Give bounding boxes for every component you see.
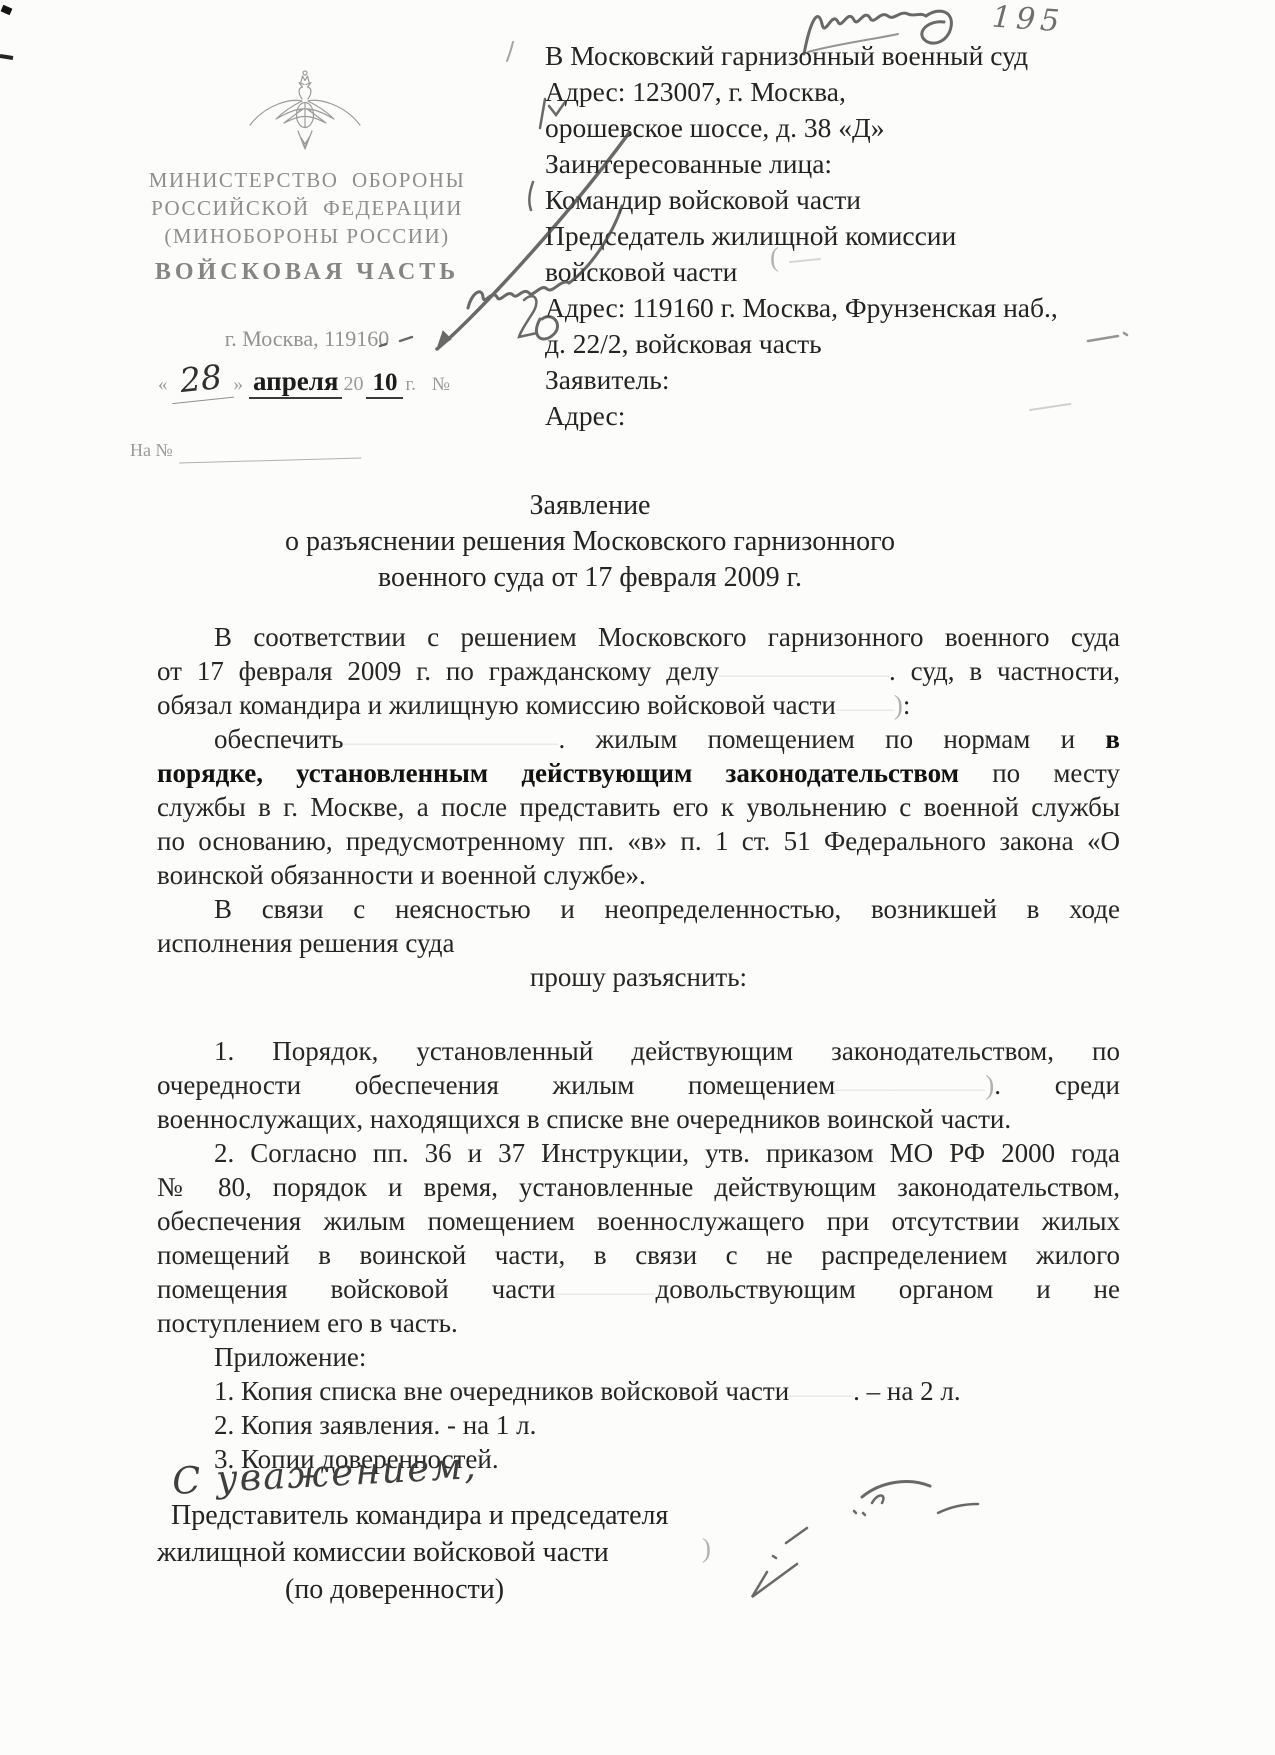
text-segment: очередности обеспечения жилым помещением [157,1070,835,1100]
text-segment: ) [894,690,903,720]
redacted-gap [343,738,558,748]
handwritten-day: 28 [167,356,233,404]
document-body: В соответствии с решением Московского га… [157,620,1120,1476]
text-segment: 1. Копия списка вне очередников войсково… [214,1376,789,1406]
addressee-line: Командир войсковой части [545,182,1145,218]
document-line: 1. Порядок, установленный действующим за… [157,1034,1120,1068]
text-segment: 2. Копия заявления. - на 1 л. [214,1410,536,1440]
text-segment: : [903,690,911,720]
addressee-block: В Московский гарнизонный военный судАдре… [545,38,1145,434]
number-sign: № [432,374,450,396]
text-segment: помещения войсковой части [157,1274,555,1304]
document-line: 1. Копия списка вне очередников войсково… [157,1374,1120,1408]
mod-eagle-emblem [246,66,364,162]
document-line: обеспечить. жилым помещением по нормам и… [157,722,1120,756]
text-segment: по основанию, предусмотренному пп. «в» п… [157,826,1120,856]
addressee-line: Адрес: [545,398,1145,434]
signature-block: Представитель командира и председателяжи… [157,1497,957,1608]
date-year-prefix: 20 [343,373,363,396]
scan-artifacts [0,8,13,58]
document-line: помещений в воинской части, в связи с не… [157,1238,1120,1272]
text-segment: . суд, в частности, [889,656,1120,686]
document-line: В соответствии с решением Московского га… [157,620,1120,654]
ministry-name-line1: МИНИСТЕРСТВО ОБОРОНЫ [140,166,474,194]
text-segment: от 17 февраля 2009 г. по гражданскому де… [157,656,719,686]
letterhead: МИНИСТЕРСТВО ОБОРОНЫ РОССИЙСКОЙ ФЕДЕРАЦИ… [140,166,474,286]
document-line: по основанию, предусмотренному пп. «в» п… [157,824,1120,858]
text-segment: поступлением его в часть. [157,1308,458,1338]
ministry-name-line2: РОССИЙСКОЙ ФЕДЕРАЦИИ [140,194,474,222]
document-line: воинской обязанности и военной службе». [157,858,1120,892]
text-segment: обеспечения жилым помещением военнослужа… [157,1206,1120,1236]
text-segment: В соответствии с решением Московского га… [214,622,1120,652]
military-unit-label: ВОЙСКОВАЯ ЧАСТЬ [140,259,474,286]
addressee-line: войсковой части [545,254,1145,290]
text-segment: в [1105,724,1120,754]
document-line: В связи с неясностью и неопределенностью… [157,892,1120,926]
close-quote: » [234,374,244,396]
open-quote: « [158,374,168,396]
title-line2: о разъяснении решения Московского гарниз… [150,524,1030,560]
text-segment: . – на 2 л. [853,1376,960,1406]
text-segment: довольствующим органом и не [655,1274,1120,1304]
ref-label: На № [130,440,173,461]
document-line: 2. Согласно пп. 36 и 37 Инструкции, утв.… [157,1136,1120,1170]
addressee-line: Адрес: 123007, г. Москва, [545,74,1145,110]
addressee-line: Председатель жилищной комиссии [545,218,1145,254]
document-line: Приложение: [157,1340,1120,1374]
document-line: № 80, порядок и время, установленные дей… [157,1170,1120,1204]
date-line: « 28 » апреля 20 10 г. № [156,366,450,401]
handwritten-page-number: 195 [991,0,1066,39]
text-segment: службы в г. Москве, а после представить … [157,792,1120,822]
text-segment: В связи с неясностью и неопределенностью… [214,894,1120,924]
redacted-gap [836,704,894,714]
text-segment: 2. Согласно пп. 36 и 37 Инструкции, утв.… [214,1138,1120,1168]
signature-line: Представитель командира и председателя [157,1497,957,1534]
text-segment: прошу разъяснить: [530,962,747,992]
signature-line: жилищной комиссии войсковой части [157,1534,957,1571]
text-segment: воинской обязанности и военной службе». [157,860,646,890]
addressee-line: д. 22/2, войсковая часть [545,326,1145,362]
text-segment: исполнения решения суда [157,928,454,958]
redacted-gap [835,1084,985,1094]
document-line: обеспечения жилым помещением военнослужа… [157,1204,1120,1238]
text-segment: по месту [959,758,1120,788]
letterhead-city: г. Москва, 119160 [140,326,474,352]
redacted-gap [719,670,889,680]
addressee-line: Заявитель: [545,362,1145,398]
document-line: от 17 февраля 2009 г. по гражданскому де… [157,654,1120,688]
text-segment: 1. Порядок, установленный действующим за… [214,1036,1120,1066]
erased-closing-mark: ) [702,1533,711,1564]
signature-line: (по доверенности) [157,1571,957,1608]
ministry-name-line3: (МИНОБОРОНЫ РОССИИ) [140,222,474,250]
document-line: 2. Копия заявления. - на 1 л. [157,1408,1120,1442]
text-segment: Приложение: [214,1342,366,1372]
reference-number-line: На № [130,440,361,461]
text-segment: военнослужащих, находящихся в списке вне… [157,1104,1011,1134]
document-line: очередности обеспечения жилым помещением… [157,1068,1120,1102]
text-segment: № 80, порядок и время, установленные дей… [157,1172,1120,1202]
document-line: службы в г. Москве, а после представить … [157,790,1120,824]
document-line: обязал командира и жилищную комиссию вой… [157,688,1120,722]
addressee-line: В Московский гарнизонный военный суд [545,38,1145,74]
date-year: 10 [366,369,403,399]
text-segment: ) [985,1070,994,1100]
text-segment: обеспечить [214,724,343,754]
text-segment: . среди [994,1070,1120,1100]
document-line: помещения войсковой частидовольствующим … [157,1272,1120,1306]
document-line: исполнения решения суда [157,926,1120,960]
date-month: апреля [249,366,342,399]
text-segment: порядке, установленным действующим закон… [157,758,959,788]
document-line: порядке, установленным действующим закон… [157,756,1120,790]
addressee-line: Адрес: 119160 г. Москва, Фрунзенская наб… [545,290,1145,326]
addressee-line: Заинтересованные лица: [545,146,1145,182]
document-title: Заявление о разъяснении решения Московск… [150,488,1030,596]
scanned-document-page: МИНИСТЕРСТВО ОБОРОНЫ РОССИЙСКОЙ ФЕДЕРАЦИ… [0,0,1275,1755]
title-line1: Заявление [150,488,1030,524]
document-line: военнослужащих, находящихся в списке вне… [157,1102,1120,1136]
date-year-suffix: г. [405,374,415,396]
redacted-gap [555,1288,655,1298]
ref-blank-line [178,441,360,463]
text-segment: обязал командира и жилищную комиссию вой… [157,690,836,720]
document-line: прошу разъяснить: [157,960,1120,994]
title-line3: военного суда от 17 февраля 2009 г. [150,560,1030,596]
document-line: поступлением его в часть. [157,1306,1120,1340]
erased-unit-mark: ( [770,242,779,273]
text-segment: помещений в воинской части, в связи с не… [157,1240,1120,1270]
addressee-line: орошевское шоссе, д. 38 «Д» [545,110,1145,146]
redacted-gap [789,1390,853,1400]
text-segment: . жилым помещением по нормам и [558,724,1105,754]
